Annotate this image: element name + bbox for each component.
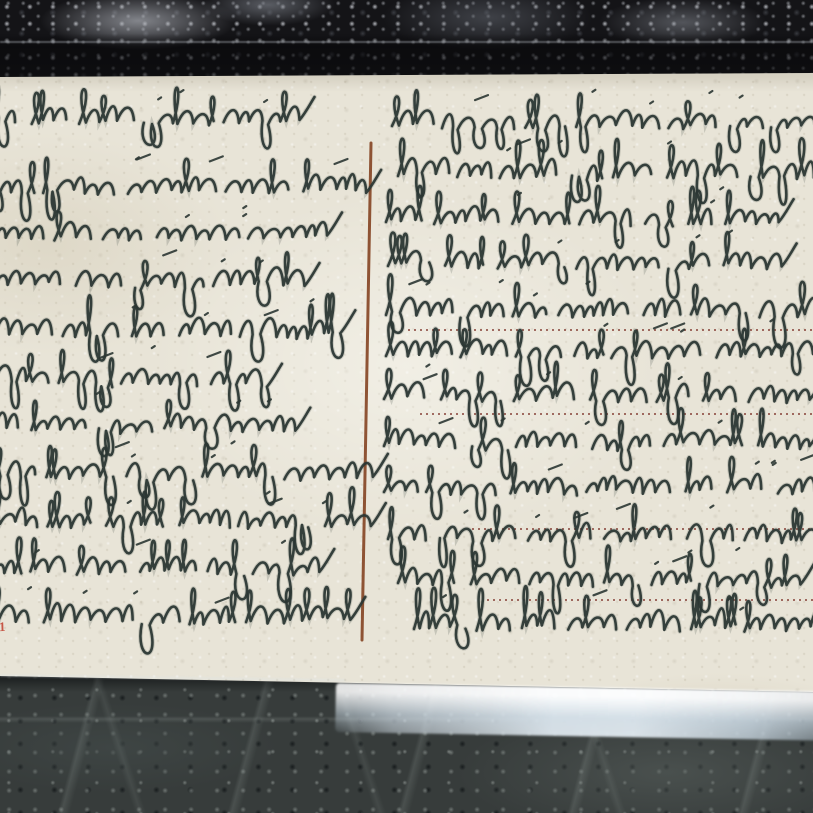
granite-seam-highlight bbox=[0, 41, 813, 43]
photo-scene: 1 bbox=[0, 0, 813, 813]
sleeve-reflection bbox=[335, 683, 813, 740]
granite-countertop-top bbox=[0, 0, 813, 80]
printed-red-fragment: 1 bbox=[0, 619, 7, 635]
